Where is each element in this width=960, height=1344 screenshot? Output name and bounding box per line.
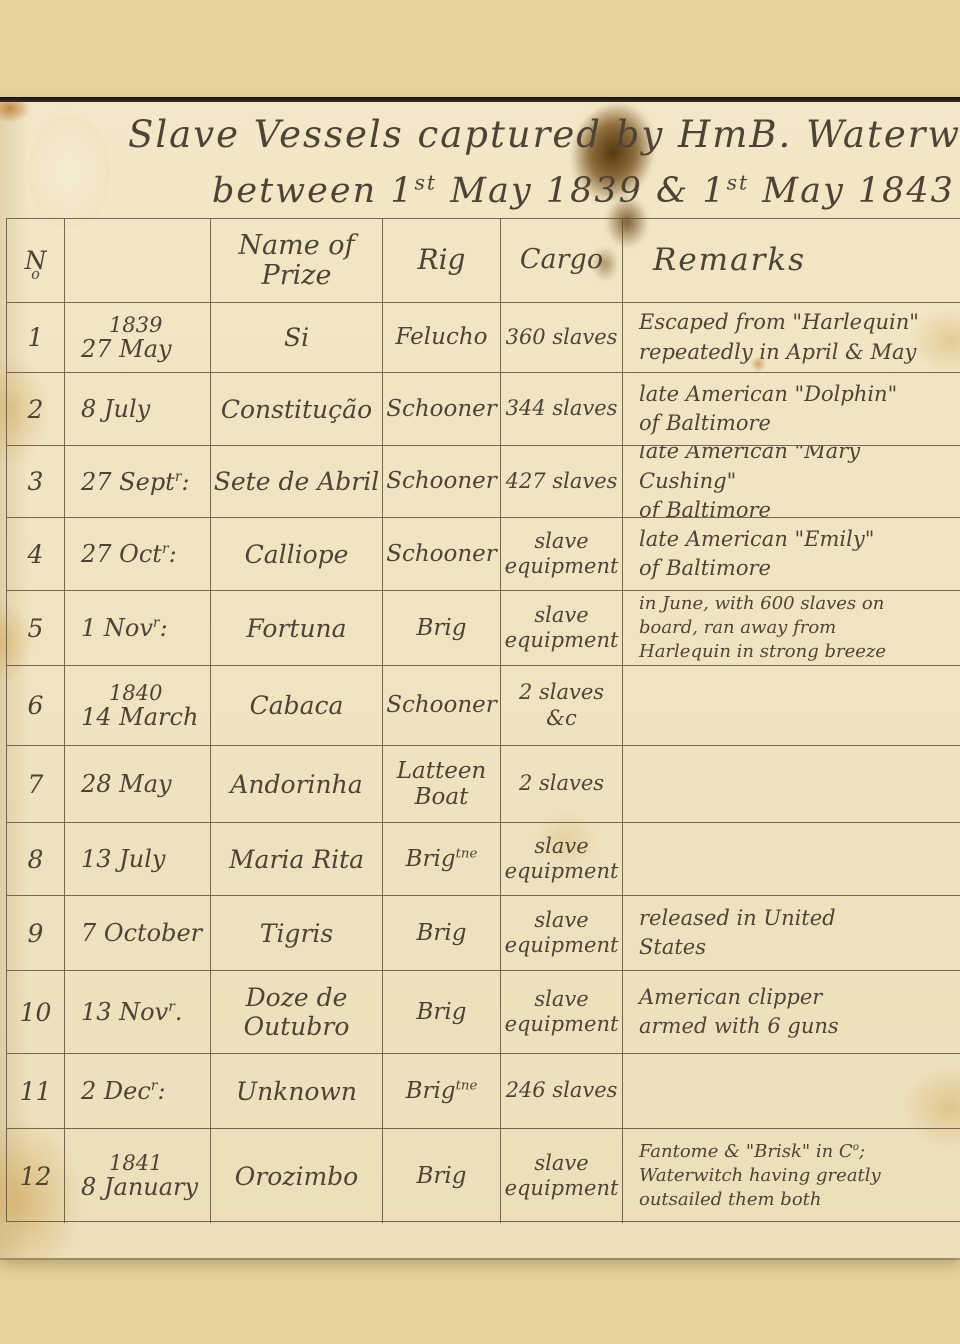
cell-no: 4 [7,518,65,591]
cell-cargo: 427 slaves [501,446,623,518]
cell-rig: Brigtne [383,1054,501,1129]
prize-name-text: Maria Rita [229,845,364,874]
cell-rig: LatteenBoat [383,746,501,823]
cell-no: 12 [7,1129,65,1223]
cargo-line: equipment [505,859,619,884]
cell-date: 27 Octr: [65,518,211,591]
cell-no: 6 [7,666,65,746]
cell-cargo: 344 slaves [501,373,623,446]
cell-cargo: 2 slaves&c [501,666,623,746]
cargo-line: 360 slaves [506,325,618,350]
remarks-line: late American "Mary Cushing" [639,446,952,496]
cell-prize-name: Andorinha [211,746,383,823]
cell-prize-name: Si [211,303,383,373]
remarks-line: Fantome & "Brisk" in Co; [639,1140,952,1164]
cargo-line: equipment [505,554,619,579]
cell-cargo: 246 slaves [501,1054,623,1129]
cell-rig: Felucho [383,303,501,373]
cell-remarks: late American "Dolphin"of Baltimore [623,373,960,446]
cell-remarks: Escaped from "Harlequin"repeatedly in Ap… [623,303,960,373]
cell-date: 18418 January [65,1129,211,1223]
prize-name-text: Orozimbo [235,1162,358,1191]
cell-date-text: 1 Novr: [81,614,210,642]
cell-date: 28 May [65,746,211,823]
column-header-name-line: Prize [262,261,332,291]
cell-no: 1 [7,303,65,373]
cell-rig: Schooner [383,666,501,746]
cell-date: 1 Novr: [65,591,211,666]
cell-prize-name: Sete de Abril [211,446,383,518]
cell-remarks [623,1054,960,1129]
remarks-line: repeatedly in April & May [639,338,952,367]
cell-cargo: slaveequipment [501,971,623,1054]
cell-rig: Brigtne [383,823,501,896]
column-header-remarks: Remarks [623,219,960,303]
remarks-line: of Baltimore [639,409,952,438]
prize-name-text: Sete de Abril [214,467,379,496]
cell-rig: Schooner [383,446,501,518]
rig-line: Schooner [386,541,497,567]
cell-date-text: 7 October [81,919,210,947]
cell-date-year: 1839 [109,313,210,337]
cell-no: 3 [7,446,65,518]
remarks-line: Harlequin in strong breeze [639,640,952,664]
cell-remarks: American clipperarmed with 6 guns [623,971,960,1054]
cell-cargo: slaveequipment [501,518,623,591]
cell-date: 8 July [65,373,211,446]
cell-date-text: 13 Novr. [81,998,210,1026]
column-header-name-line: Name of [238,231,354,261]
cell-date-year: 1840 [109,681,210,705]
cell-date: 7 October [65,896,211,971]
prize-table: No Name of Prize Rig Cargo Remarks 11839… [6,218,960,1222]
cell-date: 13 July [65,823,211,896]
cell-remarks: Fantome & "Brisk" in Co;Waterwitch havin… [623,1129,960,1223]
cell-prize-name: Doze de Outubro [211,971,383,1054]
scanned-document-photo: { "document": { "title_line1": "Slave Ve… [0,0,960,1344]
cargo-line: equipment [505,1176,619,1201]
cell-prize-name: Constitução [211,373,383,446]
cell-no: 2 [7,373,65,446]
cell-date-text: 27 Septr: [81,468,210,496]
cargo-line: slave [534,1151,588,1176]
rig-line: Brig [417,999,467,1025]
remarks-line: armed with 6 guns [639,1012,952,1041]
embossed-seal [25,112,113,232]
column-header-cargo: Cargo [501,219,623,303]
cargo-line: equipment [505,933,619,958]
cargo-line: equipment [505,1012,619,1037]
cell-date-text: 27 May [81,335,210,363]
rig-line: Brigtne [406,846,478,872]
prize-name-text: Constitução [221,395,372,424]
cell-cargo: slaveequipment [501,591,623,666]
cargo-line: slave [534,603,588,628]
cell-rig: Brig [383,591,501,666]
cell-remarks [623,666,960,746]
cell-rig: Schooner [383,518,501,591]
remarks-line: American clipper [639,983,952,1012]
remarks-line: of Baltimore [639,496,952,518]
cell-date: 13 Novr. [65,971,211,1054]
cell-cargo: 360 slaves [501,303,623,373]
cell-remarks: late American "Mary Cushing"of Baltimore [623,446,960,518]
cell-prize-name: Calliope [211,518,383,591]
cell-date-text: 27 Octr: [81,540,210,568]
cell-rig: Schooner [383,373,501,446]
cell-no: 8 [7,823,65,896]
cell-remarks [623,746,960,823]
cargo-line: 2 slaves [519,680,604,705]
cell-remarks: in June, with 600 slaves onboard, ran aw… [623,591,960,666]
prize-name-text: Si [284,323,309,352]
prize-name-text: Calliope [245,540,349,569]
prize-name-text: Tigris [260,919,333,948]
prize-name-text: Unknown [236,1077,357,1106]
prize-name-text: Fortuna [246,614,346,643]
cargo-line: 344 slaves [506,396,618,421]
cell-date: 183927 May [65,303,211,373]
document-title-line-2: between 1st May 1839 & 1st May 1843 [212,171,912,211]
cell-prize-name: Unknown [211,1054,383,1129]
remarks-line: released in United [639,904,952,933]
cell-date: 2 Decr: [65,1054,211,1129]
cargo-line: 2 slaves [519,771,604,796]
rig-line: Schooner [386,692,497,718]
cell-no: 11 [7,1054,65,1129]
cell-no: 7 [7,746,65,823]
column-header-date [65,219,211,303]
cell-no: 5 [7,591,65,666]
cell-remarks: released in UnitedStates [623,896,960,971]
cell-prize-name: Tigris [211,896,383,971]
rig-line: Brig [417,1163,467,1189]
column-header-no: No [7,219,65,303]
cell-cargo: slaveequipment [501,896,623,971]
remarks-line: in June, with 600 slaves on [639,592,952,616]
cell-date-text: 8 January [81,1173,210,1201]
cell-cargo: slaveequipment [501,1129,623,1223]
cell-cargo: slaveequipment [501,823,623,896]
rig-line: Schooner [386,468,497,494]
cell-remarks: late American "Emily"of Baltimore [623,518,960,591]
cargo-line: equipment [505,628,619,653]
cell-date-year: 1841 [109,1151,210,1175]
rig-line: Brig [417,920,467,946]
cargo-line: slave [534,529,588,554]
rig-line: Felucho [395,324,487,350]
remarks-line: Waterwitch having greatly [639,1164,952,1188]
remarks-line: board, ran away from [639,616,952,640]
cell-cargo: 2 slaves [501,746,623,823]
cell-rig: Brig [383,896,501,971]
cell-date-text: 2 Decr: [81,1077,210,1105]
cell-prize-name: Cabaca [211,666,383,746]
rig-line: Boat [415,784,469,810]
remarks-line: States [639,933,952,962]
column-header-rig: Rig [383,219,501,303]
cell-prize-name: Fortuna [211,591,383,666]
cargo-line: slave [534,908,588,933]
cargo-line: &c [546,706,576,731]
rig-line: Brig [417,615,467,641]
cargo-line: 246 slaves [506,1078,618,1103]
prize-name-text: Andorinha [230,770,362,799]
cell-no: 9 [7,896,65,971]
prize-name-text: Doze de Outubro [211,983,382,1041]
cell-date: 184014 March [65,666,211,746]
cargo-line: 427 slaves [506,469,618,494]
remarks-line: late American "Emily" [639,525,952,554]
manuscript-paper: Slave Vessels captured by HmB. Waterwitc… [0,97,960,1258]
document-title-line-1: Slave Vessels captured by HmB. Waterwitc… [128,113,938,156]
cell-prize-name: Maria Rita [211,823,383,896]
cell-date-text: 13 July [81,845,210,873]
cell-remarks [623,823,960,896]
rig-line: Brigtne [406,1078,478,1104]
cargo-line: slave [534,987,588,1012]
remarks-line: outsailed them both [639,1188,952,1212]
rig-line: Schooner [386,396,497,422]
cargo-line: slave [534,834,588,859]
prize-name-text: Cabaca [250,691,344,720]
cell-rig: Brig [383,971,501,1054]
remarks-line: of Baltimore [639,554,952,583]
cell-date: 27 Septr: [65,446,211,518]
column-header-name: Name of Prize [211,219,383,303]
cell-date-text: 8 July [81,395,210,423]
cell-prize-name: Orozimbo [211,1129,383,1223]
rig-line: Latteen [397,758,487,784]
remarks-line: late American "Dolphin" [639,380,952,409]
cell-no: 10 [7,971,65,1054]
cell-date-text: 28 May [81,770,210,798]
remarks-line: Escaped from "Harlequin" [639,308,952,337]
cell-date-text: 14 March [81,703,210,731]
cell-rig: Brig [383,1129,501,1223]
